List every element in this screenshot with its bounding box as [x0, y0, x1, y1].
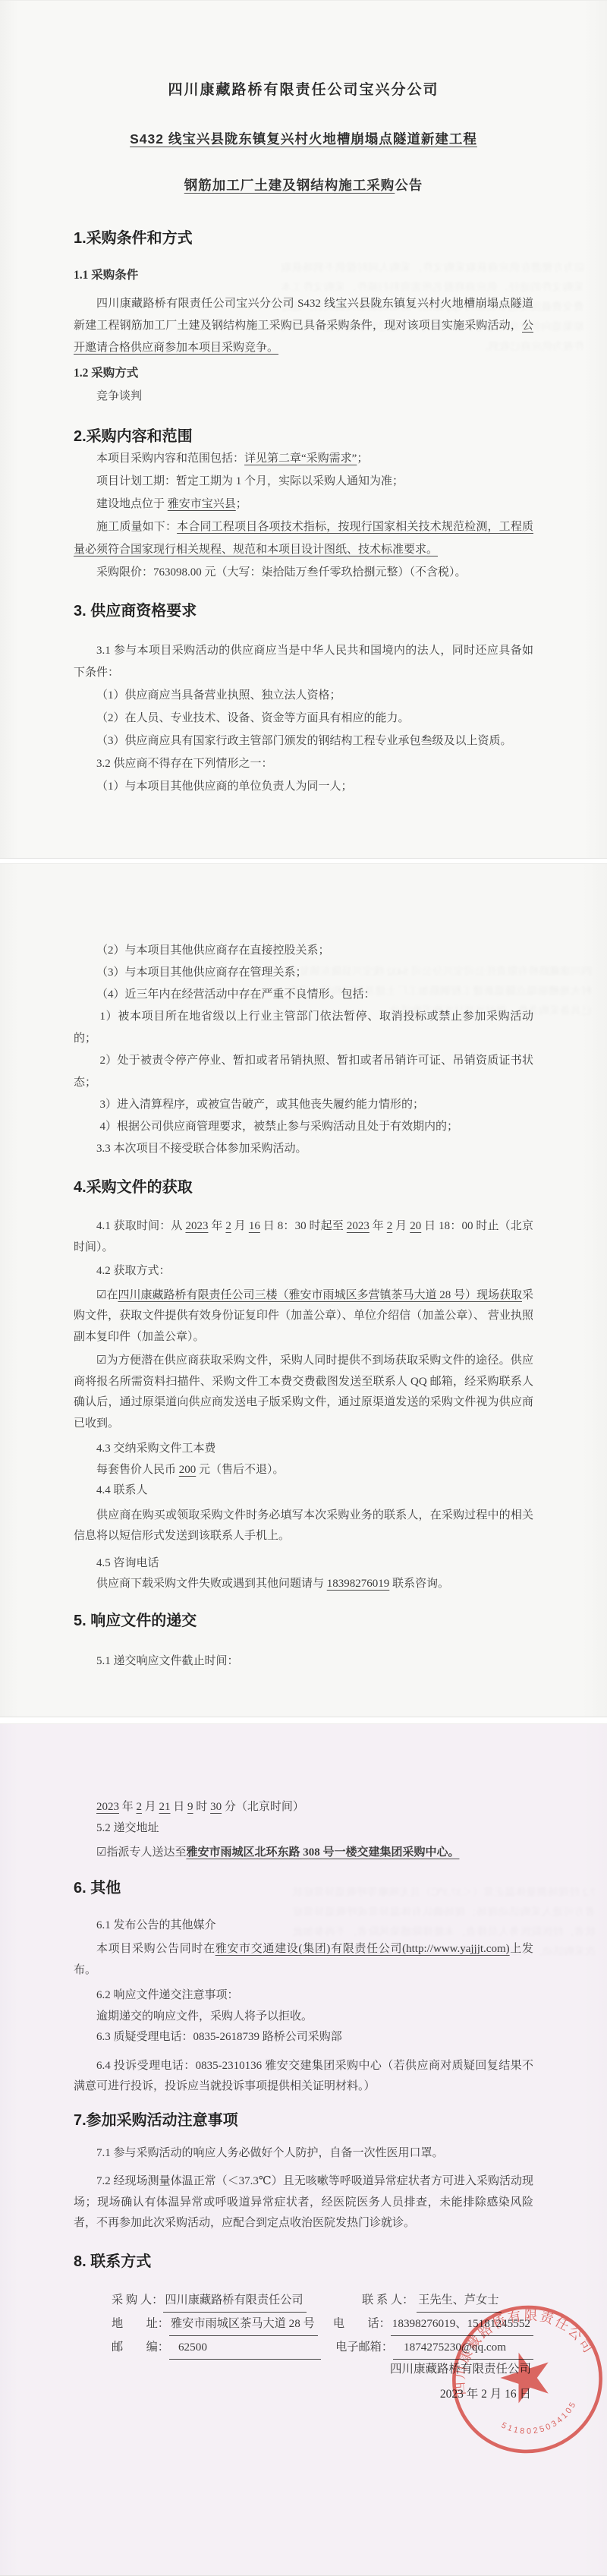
section-6-heading: 6. 其他: [74, 1878, 533, 1899]
deadline-time-line: 2023 年 2 月 21 日 9 时 30 分（北京时间）: [74, 1797, 533, 1818]
signoff-company: 四川康藏路桥有限责任公司: [390, 2357, 531, 2382]
contact-person-value: 王先生、芦女士: [417, 2289, 502, 2313]
project-title-text: S432 线宝兴县陇东镇复兴村火地槽崩塌点隧道新建工程: [130, 131, 477, 147]
qualification-item-3: （3）供应商应具有国家行政主管部门颁发的钢结构工程专业承包叁级及以上资质。: [74, 730, 533, 752]
qualification-item-1: （1）供应商应当具备营业执照、独立法人资格；: [74, 684, 533, 707]
section-1-2-heading: 1.2 采购方式: [74, 364, 533, 383]
location-line: 建设地点位于 雅安市宝兴县；: [74, 493, 533, 516]
announcement-url: 雅安市交通建设(集团)有限责任公司(http://www.yajjjt.com): [215, 1943, 510, 1955]
late-submission-line: 逾期递交的响应文件，采购人将予以拒收。: [74, 2007, 533, 2028]
quality-pre: 施工质量如下：: [96, 521, 177, 533]
complaint-phone-line: 6.4 投诉受理电话：0835-2310136 雅安交建集团采购中心（若供应商对…: [74, 2056, 533, 2098]
no-consortium-line: 3.3 本次项目不接受联合体参加采购活动。: [74, 1138, 533, 1160]
notice-title-underlined: 钢筋加工厂土建及钢结构施工采购: [184, 178, 395, 193]
scope-line: 本项目采购内容和范围包括：详见第二章“采购需求”；: [74, 447, 533, 470]
bad-record-item-1: 1）被本项目所在地省级以上行业主管部门依法暂停、取消投标或禁止参加采购活动的；: [74, 1006, 533, 1050]
covid-note-2: 7.2 经现场测量体温正常（＜37.3℃）且无咳嗽等呼吸道异常症状者方可进入采购…: [74, 2171, 533, 2234]
scope-post: ；: [357, 452, 368, 465]
phone-value: 18398276019、15181245552: [391, 2313, 533, 2336]
procurement-conditions-paragraph: 四川康藏路桥有限责任公司宝兴分公司 S432 线宝兴县陇东镇复兴村火地槽崩塌点隧…: [74, 293, 533, 359]
section-3-items-continued: （2）与本项目其他供应商存在直接控股关系； （3）与本项目其他供应商存在管理关系…: [74, 940, 533, 1160]
section-4-3-heading: 4.3 交纳采购文件工本费: [74, 1439, 533, 1460]
bad-record-item-2: 2）处于被责令停产停业、暂扣或者吊销执照、暂扣或者吊销许可证、吊销资质证书状态；: [74, 1050, 533, 1094]
obtain-method-onsite: ☑在四川康藏路桥有限责任公司三楼（雅安市雨城区多营镇茶马大道 28 号）现场获取…: [74, 1285, 533, 1348]
document-fee-line: 每套售价人民币 200 元（售后不退）。: [74, 1460, 533, 1481]
contact-person-note: 供应商在购买或领取采购文件时务必填写本次采购业务的联系人，在采购过程中的相关信息…: [74, 1506, 533, 1547]
checkbox-checked-icon: ☑指派专人送达至: [96, 1846, 186, 1859]
section-2-heading: 2.采购内容和范围: [74, 426, 533, 447]
procurement-method: 竞争谈判: [74, 386, 533, 408]
schedule-line: 项目计划工期：暂定工期为 1 个月，实际以采购人通知为准；: [74, 470, 533, 493]
contact-row-1: 采 购 人：四川康藏路桥有限责任公司 联 系 人： 王先生、芦女士: [112, 2289, 533, 2313]
zip-label: 邮 编：: [112, 2336, 169, 2359]
query-phone-line: 6.3 质疑受理电话：0835-2618739 路桥公司采购部: [74, 2027, 533, 2048]
project-title: S432 线宝兴县陇东镇复兴村火地槽崩塌点隧道新建工程: [74, 129, 533, 148]
qualification-item-2: （2）在人员、专业技术、设备、资金等方面具有相应的能力。: [74, 707, 533, 730]
section-7-heading: 7.参加采购活动注意事项: [74, 2110, 533, 2131]
scope-underlined: 详见第二章“采购需求”: [244, 452, 357, 465]
scope-pre: 本项目采购内容和范围包括：: [96, 452, 244, 465]
prohibited-item-1: （1）与本项目其他供应商的单位负责人为同一人；: [74, 775, 533, 798]
company-title: 四川康藏路桥有限责任公司宝兴分公司: [74, 1, 533, 99]
price-cap-line: 采购限价：763098.00 元（大写：柒拾陆万叁仟零玖拾捌元整）（不含税）。: [74, 561, 533, 584]
page-1-content: 四川康藏路桥有限责任公司宝兴分公司 S432 线宝兴县陇东镇复兴村火地槽崩塌点隧…: [0, 1, 607, 798]
deadline-heading: 5.1 递交响应文件截止时间：: [74, 1651, 533, 1673]
section-3-heading: 3. 供应商资格要求: [74, 601, 533, 622]
section-3-2-heading: 3.2 供应商不得存在下列情形之一：: [74, 752, 533, 775]
email-value: 1874275230@qq.com: [393, 2336, 533, 2360]
section-2-body: 本项目采购内容和范围包括：详见第二章“采购需求”； 项目计划工期：暂定工期为 1…: [74, 447, 533, 584]
section-4-5-heading: 4.5 咨询电话: [74, 1553, 533, 1575]
location-post: ；: [236, 498, 247, 510]
delivery-address-line: ☑指派专人送达至雅安市雨城区北环东路 308 号一楼交建集团采购中心。: [74, 1843, 533, 1864]
page-gap: [0, 1717, 607, 1723]
address-value: 雅安市雨城区茶马大道 28 号: [169, 2313, 318, 2336]
signature-block: 四川康藏路桥有限责任公司 2023 年 2 月 16 日: [390, 2357, 531, 2407]
page-2-content: （2）与本项目其他供应商存在直接控股关系； （3）与本项目其他供应商存在管理关系…: [0, 864, 607, 1672]
quality-line: 施工质量如下：本合同工程项目各项技术指标，按现行国家相关技术规范检测，工程质量必…: [74, 516, 533, 561]
page-3: 7.2 经现场测量体温正常（＜37.3℃）且无咳嗽等呼吸道异常症状者方可进入采购…: [0, 1723, 607, 2576]
section-8-heading: 8. 联系方式: [74, 2251, 533, 2272]
section-5-heading: 5. 响应文件的递交: [74, 1610, 533, 1632]
signoff-date: 2023 年 2 月 16 日: [390, 2382, 531, 2407]
supplier-qualification-intro: 3.1 参与本项目采购活动的供应商应当是中华人民共和国境内的法人，同时还应具备如…: [74, 640, 533, 684]
obtain-method-remote: ☑为方便潜在供应商获取采购文件，采购人同时提供不到场获取采购文件的途径。供应商将…: [74, 1351, 533, 1434]
section-5-2-heading: 5.2 递交地址: [74, 1818, 533, 1840]
address-label: 地 址：: [112, 2313, 169, 2335]
location-underlined: 雅安市宝兴县: [168, 498, 236, 510]
section-4-heading: 4.采购文件的获取: [74, 1177, 533, 1198]
buyer-label: 采 购 人：: [112, 2289, 163, 2312]
prohibited-item-2: （2）与本项目其他供应商存在直接控股关系；: [74, 940, 533, 962]
bad-record-item-3: 3）进入清算程序，或被宣告破产，或其他丧失履约能力情形的；: [74, 1094, 533, 1116]
email-label: 电子邮箱：: [335, 2336, 393, 2359]
zip-value: 62500: [169, 2336, 321, 2360]
section-1-1-heading: 1.1 采购条件: [74, 266, 533, 285]
section-6-1-heading: 6.1 发布公告的其他媒介: [74, 1915, 533, 1937]
buyer-value: 四川康藏路桥有限责任公司: [163, 2289, 306, 2313]
bad-record-item-4: 4）根据公司供应商管理要求，被禁止参与采购活动且处于有效期内的；: [74, 1116, 533, 1138]
conditions-text: 四川康藏路桥有限责任公司宝兴分公司 S432 线宝兴县陇东镇复兴村火地槽崩塌点隧…: [74, 298, 533, 332]
section-3-items: （1）供应商应当具备营业执照、独立法人资格； （2）在人员、专业技术、设备、资金…: [74, 684, 533, 798]
obtain-method-heading: 4.2 获取方式：: [74, 1261, 533, 1282]
contact-section: 采 购 人：四川康藏路桥有限责任公司 联 系 人： 王先生、芦女士 地 址：雅安…: [74, 2289, 533, 2360]
other-media-line: 本项目采购公告同时在雅安市交通建设(集团)有限责任公司(http://www.y…: [74, 1939, 533, 1981]
contact-row-3: 邮 编：62500 电子邮箱：1874275230@qq.com: [112, 2336, 533, 2360]
page-3-content: 2023 年 2 月 21 日 9 时 30 分（北京时间） 5.2 递交地址 …: [0, 1724, 607, 2360]
notice-title-tail: 公告: [395, 178, 423, 193]
covid-note-1: 7.1 参与采购活动的响应人务必做好个人防护，自备一次性医用口罩。: [74, 2143, 533, 2165]
contact-person-label: 联 系 人：: [362, 2289, 417, 2312]
prohibited-item-4: （4）近三年内在经营活动中存在严重不良情形。包括：: [74, 984, 533, 1006]
section-4-4-heading: 4.4 联系人: [74, 1480, 533, 1502]
notice-title: 钢筋加工厂土建及钢结构施工采购公告: [74, 175, 533, 194]
location-pre: 建设地点位于: [96, 498, 168, 510]
checkbox-checked-icon: ☑在: [96, 1289, 118, 1301]
phone-label: 电 话：: [333, 2313, 391, 2335]
section-1-heading: 1.采购条件和方式: [74, 228, 533, 249]
section-6-2-heading: 6.2 响应文件递交注意事项：: [74, 1985, 533, 2007]
page-1: ☑为方便潜在供应商获取采购文件，采购人同时提供不到场获取采购文件的途径。供应商将…: [0, 0, 607, 859]
prohibited-item-3: （3）与本项目其他供应商存在管理关系；: [74, 962, 533, 984]
page-2: 四川康藏路桥有限责任公司宝兴分公司 S432 线宝兴县陇东镇复兴村火地槽崩塌点隧…: [0, 863, 607, 1717]
obtain-time-line: 4.1 获取时间：从 2023 年 2 月 16 日 8：30 时起至 2023…: [74, 1216, 533, 1258]
inquiry-phone-line: 供应商下载采购文件失败或遇到其他问题请与 18398276019 联系咨询。: [74, 1574, 533, 1595]
contact-row-2: 地 址：雅安市雨城区茶马大道 28 号 电 话：18398276019、1518…: [112, 2313, 533, 2336]
